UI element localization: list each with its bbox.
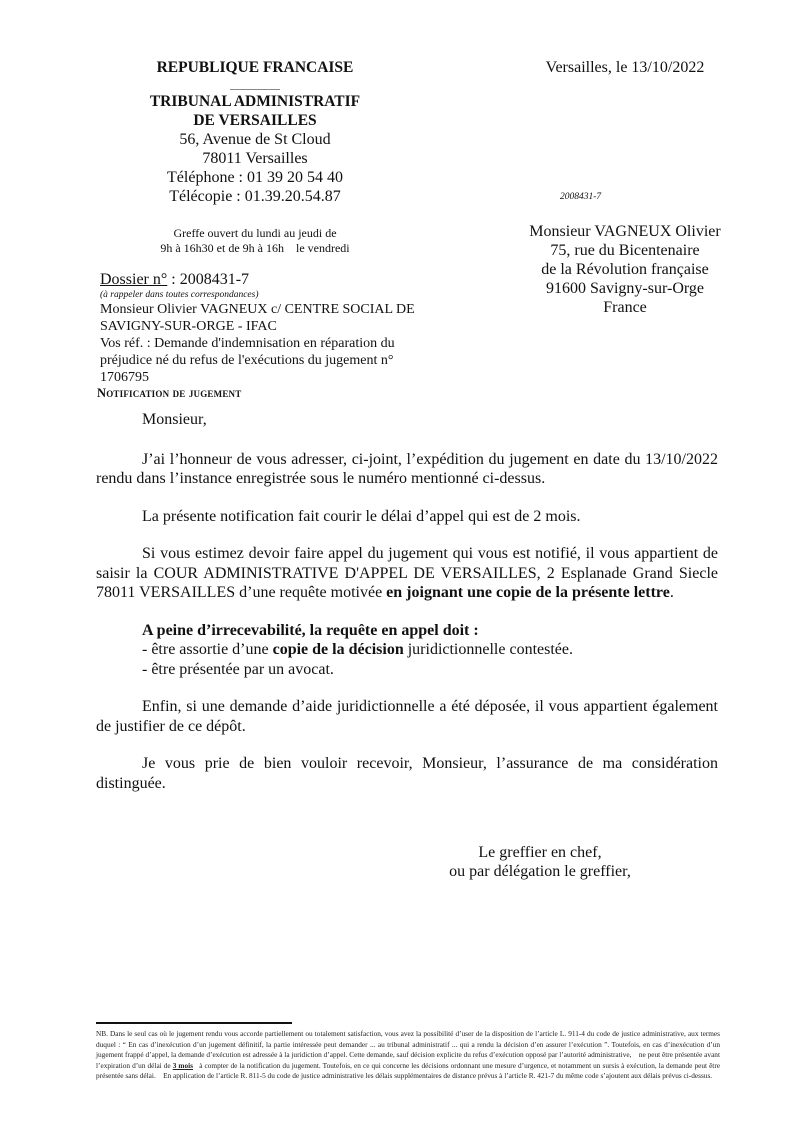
- footnote-rule: [96, 1022, 292, 1024]
- court-phone: Téléphone : 01 39 20 54 40: [100, 168, 410, 187]
- attach-copy-emphasis: en joignant une copie de la présente let…: [386, 584, 670, 601]
- footnote: NB. Dans le seul cas où le jugement rend…: [96, 1029, 720, 1082]
- recipient-address: Monsieur VAGNEUX Olivier 75, rue du Bice…: [480, 222, 770, 317]
- paragraph-expedition: J’ai l’honneur de vous adresser, ci-join…: [96, 450, 718, 489]
- closing-formula: Je vous prie de bien vouloir recevoir, M…: [96, 754, 718, 793]
- signature-line2: ou par délégation le greffier,: [410, 862, 670, 881]
- footnote-delay: 3 mois: [173, 1061, 193, 1070]
- country-heading: REPUBLIQUE FRANCAISE: [100, 58, 410, 77]
- requirements-list: A peine d’irrecevabilité, la requête en …: [96, 621, 718, 680]
- court-fax: Télécopie : 01.39.20.54.87: [100, 187, 410, 206]
- office-hours-line1: Greffe ouvert du lundi au jeudi de: [100, 226, 410, 241]
- case-parties: Monsieur Olivier VAGNEUX c/ CENTRE SOCIA…: [100, 301, 420, 335]
- recipient-street: 75, rue du Bicentenaire: [480, 241, 770, 260]
- letter-body: Monsieur, J’ai l’honneur de vous adresse…: [96, 410, 718, 811]
- salutation: Monsieur,: [96, 410, 718, 430]
- signature-block: Le greffier en chef, ou par délégation l…: [410, 843, 670, 881]
- court-name-line1: TRIBUNAL ADMINISTRATIF: [100, 92, 410, 111]
- court-letterhead: REPUBLIQUE FRANCAISE TRIBUNAL ADMINISTRA…: [100, 58, 410, 206]
- signature-line1: Le greffier en chef,: [410, 843, 670, 862]
- reference-number-small: 2008431-7: [560, 192, 601, 202]
- recipient-street2: de la Révolution française: [480, 260, 770, 279]
- dossier-number: : 2008431-7: [167, 271, 249, 288]
- dossier-reminder: (à rappeler dans toutes correspondances): [100, 289, 420, 301]
- paragraph-legal-aid: Enfin, si une demande d’aide juridiction…: [96, 697, 718, 736]
- office-hours-line2: 9h à 16h30 et de 9h à 16h le vendredi: [100, 241, 410, 256]
- recipient-city: 91600 Savigny-sur-Orge: [480, 279, 770, 298]
- case-block: Dossier n° : 2008431-7 (à rappeler dans …: [100, 270, 420, 401]
- dossier-label: Dossier n°: [100, 271, 167, 288]
- place-date: Versailles, le 13/10/2022: [500, 58, 750, 77]
- office-hours: Greffe ouvert du lundi au jeudi de 9h à …: [100, 226, 410, 256]
- requirement-item: - être présentée par un avocat.: [142, 660, 718, 680]
- court-name-line2: DE VERSAILLES: [100, 111, 410, 130]
- requirement-item: - être assortie d’une copie de la décisi…: [142, 640, 718, 660]
- recipient-name: Monsieur VAGNEUX Olivier: [480, 222, 770, 241]
- recipient-country: France: [480, 298, 770, 317]
- court-address-line1: 56, Avenue de St Cloud: [100, 130, 410, 149]
- your-reference: Vos réf. : Demande d'indemnisation en ré…: [100, 335, 420, 386]
- court-address-line2: 78011 Versailles: [100, 149, 410, 168]
- document-title: Notification de jugement: [97, 386, 420, 401]
- requirements-title: A peine d’irrecevabilité, la requête en …: [142, 621, 718, 641]
- paragraph-appeal-delay: La présente notification fait courir le …: [96, 507, 718, 527]
- header-separator: [230, 89, 280, 90]
- paragraph-appeal-court: Si vous estimez devoir faire appel du ju…: [96, 544, 718, 603]
